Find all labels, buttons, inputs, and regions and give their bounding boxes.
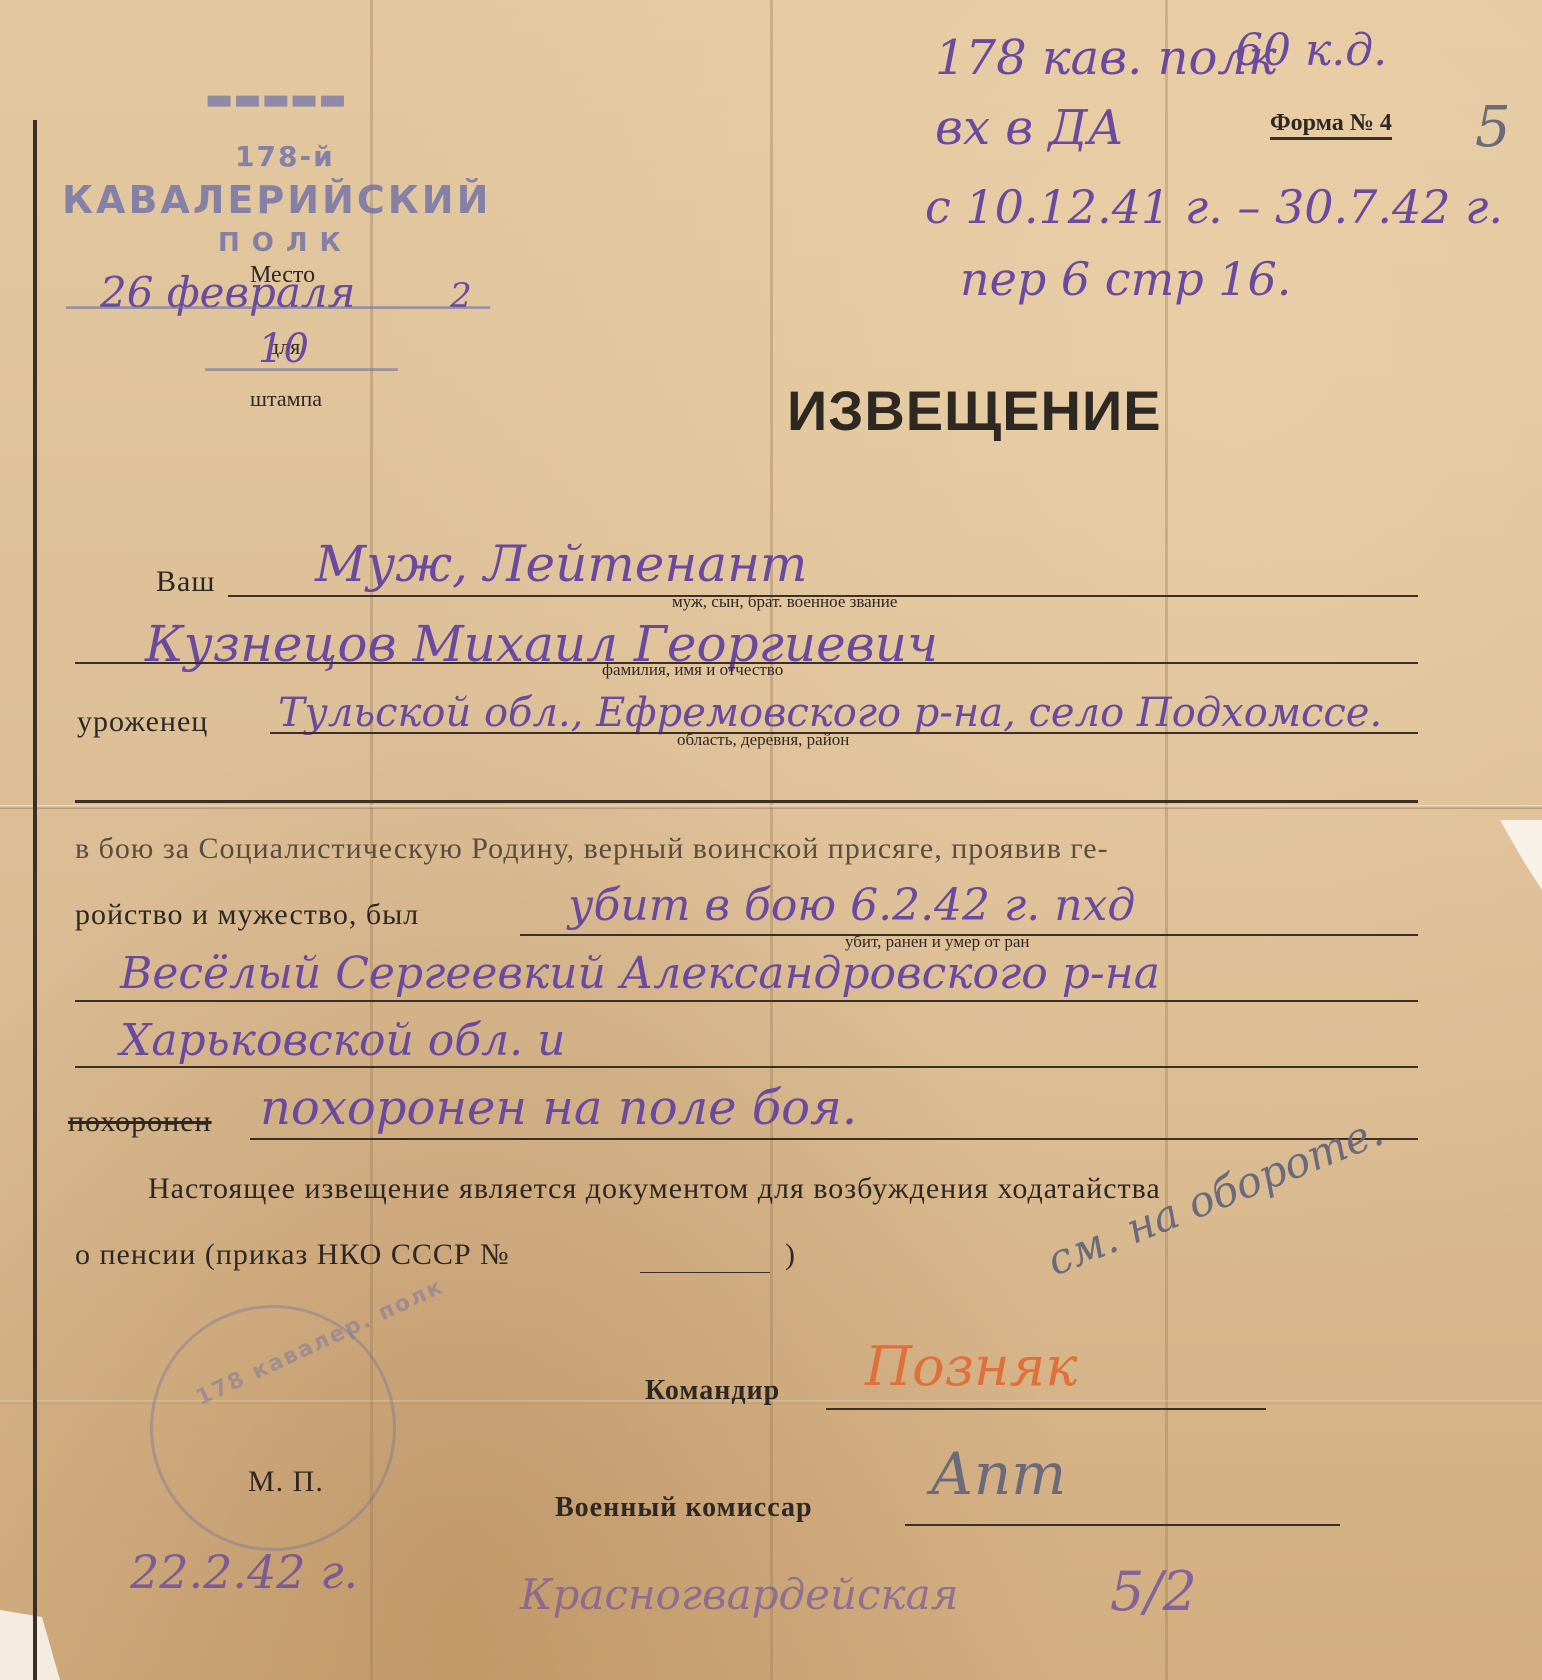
note-entry: вх в ДА xyxy=(935,100,1124,156)
margin-rule xyxy=(33,120,37,1680)
oath-text: в бою за Социалистическую Родину, верный… xyxy=(75,832,1109,866)
field-line xyxy=(250,1138,1418,1140)
form-number: Форма № 4 xyxy=(1270,110,1392,140)
label-stamp: штампа xyxy=(250,386,322,412)
field-line xyxy=(75,800,1418,803)
buried-value: похоронен на поле боя. xyxy=(260,1080,857,1136)
stamp-smudge: ▬▬▬▬▬ xyxy=(205,82,347,117)
stamp-line: КАВАЛЕРИЙСКИЙ xyxy=(62,178,491,222)
field-line xyxy=(75,1000,1418,1002)
bottom-text: Красногвардейская xyxy=(520,1570,958,1619)
note-regiment: 178 кав. полк xyxy=(935,30,1277,86)
full-name-caption: фамилия, имя и отчество xyxy=(602,660,783,680)
full-name-value: Кузнецов Михаил Георгиевич xyxy=(145,615,938,673)
courage-text: ройство и мужество, был xyxy=(75,898,419,932)
label-buried: похоронен xyxy=(68,1105,212,1139)
label-vash: Ваш xyxy=(156,565,215,599)
signature-line xyxy=(826,1408,1266,1410)
notice-text-2: о пенсии (приказ НКО СССР № xyxy=(75,1238,510,1272)
relation-rank-caption: муж, сын, брат. военное звание xyxy=(672,592,897,612)
corner-number: 5 xyxy=(1475,95,1511,160)
bottom-date: 22.2.42 г. xyxy=(130,1545,358,1599)
commander-signature: Позняк xyxy=(865,1335,1078,1398)
fold-crease-horizontal xyxy=(0,805,1542,809)
place-line-1: Весёлый Сергеевкий Александровского р-на xyxy=(120,948,1160,999)
native-caption: область, деревня, район xyxy=(677,730,849,750)
note-division: 60 к.д. xyxy=(1235,25,1387,76)
stamp-line: 178-й xyxy=(235,140,335,173)
notice-text-1: Настоящее извещение является документом … xyxy=(148,1172,1161,1206)
signature-line xyxy=(905,1524,1340,1526)
stamp-underline: ━━━━━━━━━━━━━━━━━━━━━━━━━━━━━━━━━━━━━━━━… xyxy=(66,298,490,317)
commissar-signature: Апт xyxy=(930,1440,1066,1508)
bottom-number: 5/2 xyxy=(1110,1560,1197,1623)
label-native: уроженец xyxy=(77,705,208,739)
page-title: ИЗВЕЩЕНИЕ xyxy=(787,378,1162,443)
place-line-2: Харьковской обл. и xyxy=(120,1015,565,1066)
stamp-underline: ━━━━━━━━━━━━━━━━━━━━ xyxy=(205,360,398,379)
note-reference: пер 6 стр 16. xyxy=(960,252,1291,306)
order-number-blank xyxy=(640,1272,770,1273)
commissar-label: Военный комиссар xyxy=(555,1492,813,1524)
stamp-line: ПОЛК xyxy=(218,228,353,258)
field-line xyxy=(75,1066,1418,1068)
commander-label: Командир xyxy=(645,1375,780,1407)
fate-value: убит в бою 6.2.42 г. пхд xyxy=(568,880,1135,931)
official-seal xyxy=(150,1305,396,1551)
seal-label: М. П. xyxy=(248,1465,324,1499)
notice-text-2-end: ) xyxy=(785,1238,796,1272)
note-period: с 10.12.41 г. – 30.7.42 г. xyxy=(925,180,1503,234)
relation-rank-value: Муж, Лейтенант xyxy=(315,535,807,593)
